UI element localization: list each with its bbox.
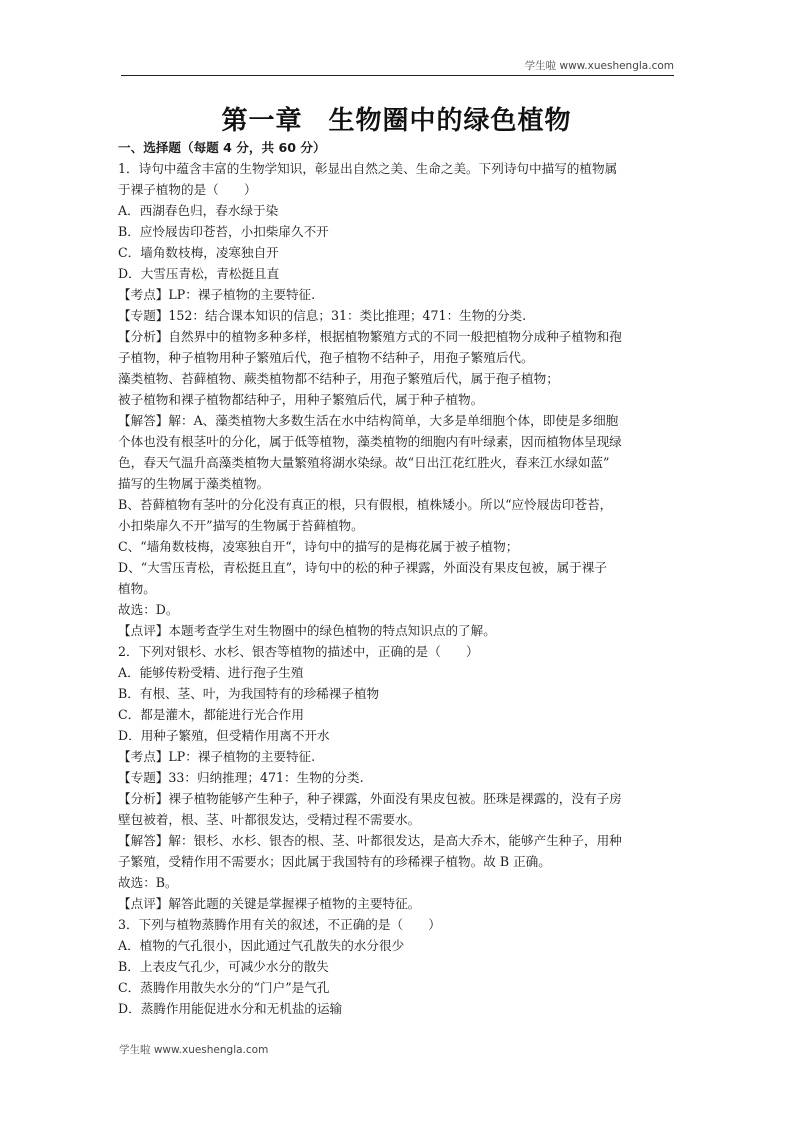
fenxi-line: 【分析】裸子植物能够产生种子，种子裸露，外面没有果皮包被。胚珠是裸露的，没有子房 — [118, 788, 680, 809]
jieda-line: 【解答】解：A、藻类植物大多数生活在水中结构简单，大多是单细胞个体，即使是多细胞 — [118, 410, 680, 431]
header-divider — [121, 75, 674, 76]
jieda-line: 色，春天气温升高藻类植物大量繁殖将湖水染绿。故“日出江花红胜火，春来江水绿如蓝” — [118, 452, 680, 473]
dianping: 【点评】本题考查学生对生物圈中的绿色植物的特点知识点的了解。 — [118, 620, 680, 641]
document-body: 一、选择题（每题 4 分，共 60 分） 1．诗句中蕴含丰富的生物学知识，彰显出… — [118, 137, 680, 1019]
kaodian: 【考点】LP：裸子植物的主要特征. — [118, 284, 680, 305]
question-stem-line: 于裸子植物的是（ ） — [118, 179, 680, 200]
jieda-line: C、“墙角数枝梅，凌寒独自开“，诗句中的描写的是梅花属于被子植物； — [118, 536, 680, 557]
fenxi-line: 壁包被着，根、茎、叶都很发达，受精过程不需要水。 — [118, 809, 680, 830]
kaodian: 【考点】LP：裸子植物的主要特征. — [118, 746, 680, 767]
fenxi-line: 藻类植物、苔藓植物、蕨类植物都不结种子，用孢子繁殖后代，属于孢子植物； — [118, 368, 680, 389]
fenxi-line: 【分析】自然界中的植物多种多样，根据植物繁殖方式的不同一般把植物分成种子植物和孢 — [118, 326, 680, 347]
option-d: D．大雪压青松，青松挺且直 — [118, 263, 680, 284]
question-1: 1．诗句中蕴含丰富的生物学知识，彰显出自然之美、生命之美。下列诗句中描写的植物属… — [118, 158, 680, 641]
answer-choice: 故选：B。 — [118, 872, 680, 893]
question-stem-line: 2．下列对银杉、水杉、银杏等植物的描述中，正确的是（ ） — [118, 641, 680, 662]
option-d: D．蒸腾作用能促进水分和无机盐的运输 — [118, 998, 680, 1019]
option-c: C．都是灌木，都能进行光合作用 — [118, 704, 680, 725]
section-heading: 一、选择题（每题 4 分，共 60 分） — [118, 137, 680, 158]
page-footer-site: 学生啦 www.xueshengla.com — [119, 1042, 268, 1057]
option-b: B．上表皮气孔少，可减少水分的散失 — [118, 956, 680, 977]
option-c: C．墙角数枝梅，凌寒独自开 — [118, 242, 680, 263]
jieda-line: B、苔藓植物有茎叶的分化没有真正的根，只有假根，植株矮小。所以“应怜屐齿印苍苔， — [118, 494, 680, 515]
dianping: 【点评】解答此题的关键是掌握裸子植物的主要特征。 — [118, 893, 680, 914]
question-stem-line: 3．下列与植物蒸腾作用有关的叙述，不正确的是（ ） — [118, 914, 680, 935]
option-d: D．用种子繁殖，但受精作用离不开水 — [118, 725, 680, 746]
option-b: B．有根、茎、叶，为我国特有的珍稀裸子植物 — [118, 683, 680, 704]
jieda-line: 植物。 — [118, 578, 680, 599]
page-title: 第一章生物圈中的绿色植物 — [0, 100, 793, 137]
jieda-line: 【解答】解：银杉、水杉、银杏的根、茎、叶都很发达，是高大乔木，能够产生种子，用种 — [118, 830, 680, 851]
jieda-line: 子繁殖，受精作用不需要水；因此属于我国特有的珍稀裸子植物。故 B 正确。 — [118, 851, 680, 872]
fenxi-line: 被子植物和裸子植物都结种子，用种子繁殖后代，属于种子植物。 — [118, 389, 680, 410]
question-2: 2．下列对银杉、水杉、银杏等植物的描述中，正确的是（ ） A．能够传粉受精、进行… — [118, 641, 680, 914]
option-b: B．应怜屐齿印苍苔，小扣柴扉久不开 — [118, 221, 680, 242]
jieda-line: D、“大雪压青松，青松挺且直”，诗句中的松的种子裸露，外面没有果皮包被，属于裸子 — [118, 557, 680, 578]
chapter-number: 第一章 — [221, 106, 302, 136]
option-c: C．蒸腾作用散失水分的“门户”是气孔 — [118, 977, 680, 998]
fenxi-line: 子植物，种子植物用种子繁殖后代，孢子植物不结种子，用孢子繁殖后代。 — [118, 347, 680, 368]
zhuanti: 【专题】33：归纳推理；471：生物的分类. — [118, 767, 680, 788]
chapter-name: 生物圈中的绿色植物 — [329, 106, 572, 136]
jieda-line: 个体也没有根茎叶的分化，属于低等植物，藻类植物的细胞内有叶绿素，因而植物体呈现绿 — [118, 431, 680, 452]
jieda-line: 描写的生物属于藻类植物。 — [118, 473, 680, 494]
option-a: A．西湖春色归，春水绿于染 — [118, 200, 680, 221]
option-a: A．植物的气孔很小，因此通过气孔散失的水分很少 — [118, 935, 680, 956]
question-3: 3．下列与植物蒸腾作用有关的叙述，不正确的是（ ） A．植物的气孔很小，因此通过… — [118, 914, 680, 1019]
answer-choice: 故选：D。 — [118, 599, 680, 620]
question-stem-line: 1．诗句中蕴含丰富的生物学知识，彰显出自然之美、生命之美。下列诗句中描写的植物属 — [118, 158, 680, 179]
option-a: A．能够传粉受精、进行孢子生殖 — [118, 662, 680, 683]
page-header-site: 学生啦 www.xueshengla.com — [525, 58, 674, 73]
jieda-line: 小扣柴扉久不开”描写的生物属于苔藓植物。 — [118, 515, 680, 536]
zhuanti: 【专题】152：结合课本知识的信息；31：类比推理；471：生物的分类. — [118, 305, 680, 326]
